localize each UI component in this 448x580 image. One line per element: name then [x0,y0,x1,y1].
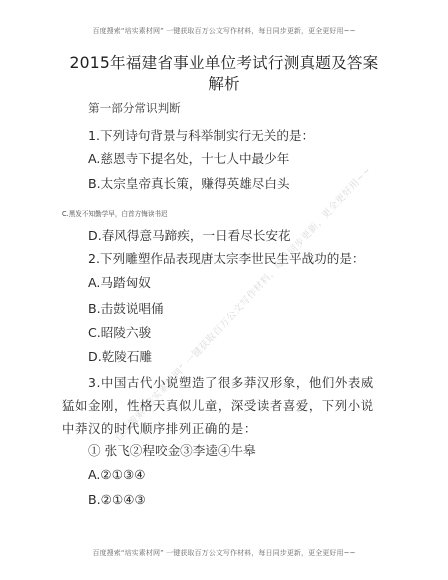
option-label: C. [62,210,69,218]
question-1-option-a: A.慈恩寺下提名处，十七人中最少年 [88,151,289,167]
question-2: 2.下列雕塑作品表现唐太宗李世民生平战功的是： [88,251,365,267]
option-text: 太宗皇帝真长策，赚得英雄尽白头 [101,176,290,191]
option-label: D. [88,228,102,243]
question-2-option-d: D.乾陵石雕 [88,349,152,365]
document-title: 2015年福建省事业单位考试行测真题及答案解析 [66,53,382,95]
section-heading: 第一部分常识判断 [88,100,181,116]
question-1-option-c: C.黑发不知勤学早，白首方悔读书迟 [62,206,168,222]
question-number: 3. [88,375,101,390]
question-2-option-b: B.击鼓说唱俑 [88,301,164,317]
question-3-option-b: B.②①④③ [88,492,146,508]
question-3-option-a: A.②①③④ [88,467,146,483]
question-1: 1.下列诗句背景与科举制实行无关的是： [88,128,314,144]
question-stem: 中国古代小说塑造了很多莽汉形象，他们外表威猛如金刚，性格天真似儿童，深受读者喜爱… [62,375,374,436]
option-label: A. [88,467,100,482]
page-header: 百度搜索“培实素材网” 一键获取百万公文写作材料，每日同步更新，更全更好用~~ [0,26,448,36]
option-label: B. [88,301,101,316]
question-3: 3.中国古代小说塑造了很多莽汉形象，他们外表威猛如金刚，性格天真似儿童，深受读者… [62,371,382,440]
option-text: 击鼓说唱俑 [101,301,164,316]
question-2-option-c: C.昭陵六骏 [88,325,151,341]
question-2-option-a: A.马踏匈奴 [88,275,151,291]
option-text: ②①④③ [101,492,146,507]
option-label: B. [88,492,101,507]
option-text: 春风得意马蹄疾，一日看尽长安花 [102,228,291,243]
question-number: 2. [88,251,100,266]
question-3-items: ① 张飞②程咬金③李逵④牛皋 [88,443,256,459]
option-label: B. [88,176,101,191]
question-number: 1. [88,128,100,143]
option-text: 乾陵石雕 [102,349,152,364]
page-footer: 百度搜索“培实素材网” 一键获取百万公文写作材料，每日同步更新，更全更好用~~ [0,548,448,558]
option-label: D. [88,349,102,364]
option-text: ②①③④ [100,467,145,482]
question-1-option-d: D.春风得意马蹄疾，一日看尽长安花 [88,228,291,244]
option-label: C. [88,325,101,340]
question-stem: 下列诗句背景与科举制实行无关的是： [100,128,314,143]
option-label: A. [88,275,100,290]
option-text: 马踏匈奴 [100,275,150,290]
question-1-option-b: B.太宗皇帝真长策，赚得英雄尽白头 [88,176,290,192]
option-text: 黑发不知勤学早，白首方悔读书迟 [69,210,168,218]
option-label: A. [88,151,100,166]
question-stem: 下列雕塑作品表现唐太宗李世民生平战功的是： [100,251,364,266]
option-text: 慈恩寺下提名处，十七人中最少年 [100,151,289,166]
option-text: 昭陵六骏 [101,325,151,340]
